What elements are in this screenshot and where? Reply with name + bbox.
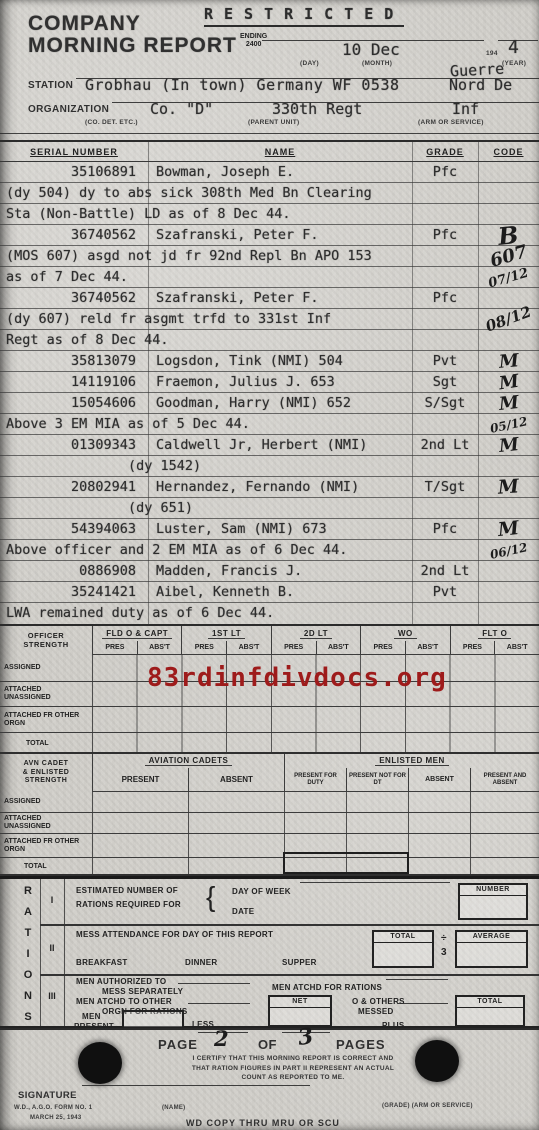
abst-header: ABS'T xyxy=(316,641,361,655)
station-label: STATION xyxy=(28,80,73,91)
soldier-name: Logsdon, Tink (NMI) 504 xyxy=(148,351,412,373)
table-row: Sta (Non-Battle) LD as of 8 Dec 44. xyxy=(0,204,539,225)
table-row: 35813079Logsdon, Tink (NMI) 504PvtM xyxy=(0,351,539,372)
certification-text: I CERTIFY THAT THIS MORNING REPORT IS CO… xyxy=(128,1054,458,1083)
table-row: 14119106Fraemon, Julius J. 653SgtM xyxy=(0,372,539,393)
code-cell: M xyxy=(478,351,539,373)
entry-continuation: (dy 504) dy to abs sick 308th Med Bn Cle… xyxy=(0,183,478,204)
entry-note: Above officer and 2 EM MIA as of 6 Dec 4… xyxy=(0,540,478,562)
year-prefix: 194 xyxy=(486,50,498,57)
organization-label: ORGANIZATION xyxy=(28,104,109,115)
absent-header: ABSENT xyxy=(408,768,470,792)
officer-strength-corner: OFFICER STRENGTH xyxy=(0,626,92,655)
grade-arm-sublabel: (GRADE) (ARM OR SERVICE) xyxy=(382,1103,473,1109)
men-present-box xyxy=(122,1010,184,1029)
table-row: (dy 504) dy to abs sick 308th Med Bn Cle… xyxy=(0,183,539,204)
enlisted-row-attached-fr-other: ATTACHED FR OTHER ORGN xyxy=(0,833,539,857)
table-row: 35106891Bowman, Joseph E.Pfc xyxy=(0,162,539,183)
table-row: (dy 1542) xyxy=(0,456,539,477)
station-overflow-bottom: Nord De xyxy=(449,76,512,94)
rail-divider xyxy=(64,879,65,1026)
table-row: (dy 651) xyxy=(0,498,539,519)
group-header: ENLISTED MEN xyxy=(284,754,539,768)
page-number: 2 xyxy=(214,1026,229,1051)
officer-row-attached-fr-other: ATTACHED FR OTHER ORGN xyxy=(0,706,539,732)
table-row: LWA remained duty as of 6 Dec 44. xyxy=(0,603,539,624)
entry-continuation: Regt as of 8 Dec 44. xyxy=(0,330,478,351)
handwritten-code: M xyxy=(498,350,520,373)
section-numeral-3: III xyxy=(44,991,60,1001)
corner-line: STRENGTH xyxy=(23,641,68,650)
serial-number: 01309343 xyxy=(0,435,148,457)
form-number: W.D., A.G.O. FORM NO. 1 xyxy=(14,1105,92,1111)
table-row: (MOS 607) asgd not jd fr 92nd Repl Bn AP… xyxy=(0,246,539,267)
table-row: 01309343Caldwell Jr, Herbert (NMI)2nd Lt… xyxy=(0,435,539,456)
section-numeral-1: I xyxy=(44,895,60,905)
number-box: NUMBER xyxy=(458,883,528,920)
serial-number: 36740562 xyxy=(0,288,148,309)
rations-rail-letter: R xyxy=(22,885,34,897)
name-sublabel: (NAME) xyxy=(162,1105,185,1111)
code-cell: M xyxy=(478,477,539,499)
pres-header: PRES xyxy=(271,641,316,655)
code-header: CODE xyxy=(478,142,539,162)
handwritten-code: M xyxy=(497,476,519,498)
rail-divider xyxy=(40,879,41,1026)
double-rule xyxy=(0,133,539,134)
corner-line: & ENLISTED xyxy=(23,769,70,778)
entry-continuation: (MOS 607) asgd not jd fr 92nd Repl Bn AP… xyxy=(0,246,478,268)
roster-header-row: SERIAL NUMBER NAME GRADE CODE xyxy=(0,142,539,162)
classification-banner: RESTRICTED xyxy=(204,5,404,27)
men-atchd-for-rations-label: MEN ATCHD FOR RATIONS xyxy=(272,983,382,992)
pres-header: PRES xyxy=(360,641,405,655)
soldier-name: Caldwell Jr, Herbert (NMI) xyxy=(148,435,412,457)
mess-separately-line xyxy=(178,983,250,984)
entry-note: LWA remained duty as of 6 Dec 44. xyxy=(0,603,478,624)
grade: Pfc xyxy=(412,288,478,309)
messed-line xyxy=(398,1003,448,1004)
grade: 2nd Lt xyxy=(412,561,478,582)
handwritten-code: M xyxy=(497,518,520,541)
men-atchd-other-label: MEN ATCHD TO OTHER xyxy=(76,997,172,1006)
present-and-absent-header: PRESENT AND ABSENT xyxy=(470,768,539,792)
grade: Pvt xyxy=(412,351,478,373)
grade: Pvt xyxy=(412,582,478,603)
rations-rail-letter: T xyxy=(22,927,34,939)
grade: Pfc xyxy=(412,162,478,183)
report-title-line2: MORNING REPORT xyxy=(28,34,237,58)
group-header: FLT O xyxy=(450,626,539,641)
table-row: 54394063Luster, Sam (NMI) 673PfcM xyxy=(0,519,539,540)
code-cell xyxy=(478,330,539,351)
grade-header: GRADE xyxy=(412,142,478,162)
month-sublabel: (MONTH) xyxy=(362,60,392,67)
estimated-rations-label-2: RATIONS REQUIRED FOR xyxy=(76,900,181,909)
mess-separately-label: MESS SEPARATELY xyxy=(102,987,183,996)
table-row: Above 3 EM MIA as of 5 Dec 44.05/12 xyxy=(0,414,539,435)
rations-section: R A T I O N S I II III ESTIMATED NUMBER … xyxy=(0,876,539,1028)
rations-rail-letter: N xyxy=(22,990,34,1002)
handwritten-code: M xyxy=(497,434,519,457)
code-cell xyxy=(478,582,539,603)
soldier-name: Goodman, Harry (NMI) 652 xyxy=(148,393,412,415)
code-cell xyxy=(478,162,539,183)
soldier-name: Luster, Sam (NMI) 673 xyxy=(148,519,412,541)
serial-number: 35106891 xyxy=(0,162,148,183)
divide-by-three: 3 xyxy=(441,947,447,958)
officer-strength-header: OFFICER STRENGTH FLD O & CAPT 1ST LT 2D … xyxy=(0,626,539,655)
pages-number: 3 xyxy=(296,1023,315,1051)
entry-note: Above 3 EM MIA as of 5 Dec 44. xyxy=(0,414,478,436)
men-atchd-for-rations-line xyxy=(386,979,448,980)
day-of-week-label: DAY OF WEEK xyxy=(232,887,291,896)
mess-attendance-label: MESS ATTENDANCE FOR DAY OF THIS REPORT xyxy=(76,930,273,939)
enlisted-strength-header: AVN CADET & ENLISTED STRENGTH AVIATION C… xyxy=(0,754,539,792)
net-box: NET xyxy=(268,995,332,1027)
serial-number: 15054606 xyxy=(0,393,148,415)
orgn-for-rations-line xyxy=(188,1003,250,1004)
wd-copy-note: WD COPY THRU MRU OR SCU xyxy=(186,1118,340,1128)
station-value: Grobhau (In town) Germany WF 0538 xyxy=(85,76,400,94)
morning-report-document: RESTRICTED COMPANY MORNING REPORT ENDING… xyxy=(0,0,539,1130)
supper-label: SUPPER xyxy=(282,958,317,967)
serial-number: 14119106 xyxy=(0,372,148,394)
form-date: MARCH 25, 1943 xyxy=(30,1115,82,1121)
corner-line: AVN CADET xyxy=(24,760,69,769)
table-row: (dy 607) reld fr asgmt trfd to 331st Inf… xyxy=(0,309,539,330)
soldier-name: Hernandez, Fernando (NMI) xyxy=(148,477,412,499)
code-cell: 607 xyxy=(478,246,539,268)
section-divider xyxy=(40,974,539,976)
handwritten-code: M xyxy=(497,371,520,395)
serial-number: 20802941 xyxy=(0,477,148,499)
pres-header: PRES xyxy=(92,641,137,655)
of-label: OF xyxy=(258,1037,277,1052)
parent-unit-sublabel: (PARENT UNIT) xyxy=(248,119,299,126)
table-row: 36740562Szafranski, Peter F.Pfc xyxy=(0,288,539,309)
code-cell: 05/12 xyxy=(478,414,539,436)
code-cell xyxy=(478,288,539,309)
punch-hole-left xyxy=(78,1042,122,1084)
table-row: 0886908Madden, Francis J.2nd Lt xyxy=(0,561,539,582)
serial-number: 54394063 xyxy=(0,519,148,541)
grade: T/Sgt xyxy=(412,477,478,499)
organization-company: Co. "D" xyxy=(150,100,213,118)
code-cell: M xyxy=(478,519,539,541)
date-value: 10 Dec xyxy=(342,40,400,59)
group-header: FLD O & CAPT xyxy=(92,626,181,641)
organization-arm: Inf xyxy=(452,100,479,118)
table-row: 36740562Szafranski, Peter F.PfcB xyxy=(0,225,539,246)
signature-label: SIGNATURE xyxy=(18,1090,77,1101)
organization-parent-unit: 330th Regt xyxy=(272,100,362,118)
date-label: DATE xyxy=(232,907,254,916)
abst-header: ABS'T xyxy=(226,641,271,655)
soldier-name: Bowman, Joseph E. xyxy=(148,162,412,183)
soldier-name: Szafranski, Peter F. xyxy=(148,288,412,309)
breakfast-label: BREAKFAST xyxy=(76,958,128,967)
table-row: 15054606Goodman, Harry (NMI) 652S/SgtM xyxy=(0,393,539,414)
day-of-week-line xyxy=(300,882,450,883)
grade: 2nd Lt xyxy=(412,435,478,457)
rations-total-box: TOTAL xyxy=(455,995,525,1027)
cert-line: COUNT AS REPORTED TO ME. xyxy=(242,1074,345,1081)
ending-label: ENDING 2400 xyxy=(240,33,267,49)
roster-table: SERIAL NUMBER NAME GRADE CODE 35106891Bo… xyxy=(0,140,539,626)
entry-continuation: (dy 651) xyxy=(0,498,478,519)
corner-line: STRENGTH xyxy=(25,777,68,786)
ending-word: ENDING xyxy=(240,33,267,40)
dinner-label: DINNER xyxy=(185,958,217,967)
table-row: Above officer and 2 EM MIA as of 6 Dec 4… xyxy=(0,540,539,561)
code-cell xyxy=(478,498,539,519)
entry-continuation: as of 7 Dec 44. xyxy=(0,267,478,289)
table-row: Regt as of 8 Dec 44. xyxy=(0,330,539,351)
year-value: 4 xyxy=(508,37,519,58)
cert-line: THAT RATION FIGURES IN PART II REPRESENT… xyxy=(192,1065,394,1072)
pres-header: PRES xyxy=(450,641,495,655)
rations-rail-letter: A xyxy=(22,906,34,918)
soldier-name: Madden, Francis J. xyxy=(148,561,412,582)
present-for-duty-header: PRESENT FOR DUTY xyxy=(284,768,346,792)
soldier-name: Fraemon, Julius J. 653 xyxy=(148,372,412,394)
avn-cadet-corner: AVN CADET & ENLISTED STRENGTH xyxy=(0,754,92,792)
enlisted-row-attached-unassigned: ATTACHED UNASSIGNED xyxy=(0,812,539,833)
code-cell: 08/12 xyxy=(478,309,539,330)
absent-header: ABSENT xyxy=(188,768,284,792)
group-header: WO xyxy=(360,626,449,641)
pres-header: PRES xyxy=(181,641,226,655)
code-cell: 07/12 xyxy=(478,267,539,289)
soldier-name: Aibel, Kenneth B. xyxy=(148,582,412,603)
divide-sign: ÷ xyxy=(441,933,447,944)
abst-header: ABS'T xyxy=(494,641,539,655)
officer-row-total: TOTAL xyxy=(0,732,539,754)
present-not-for-duty-header: PRESENT NOT FOR DT xyxy=(346,768,408,792)
entry-continuation: (dy 1542) xyxy=(0,456,478,477)
serial-number: 35813079 xyxy=(0,351,148,373)
mess-total-box: TOTAL xyxy=(372,930,434,968)
brace: { xyxy=(206,881,215,913)
grade: Sgt xyxy=(412,372,478,394)
punch-hole-right xyxy=(415,1040,459,1082)
name-header: NAME xyxy=(148,142,412,162)
table-row: 20802941Hernandez, Fernando (NMI)T/SgtM xyxy=(0,477,539,498)
total-emphasis-box xyxy=(283,852,409,874)
year-sublabel: (YEAR) xyxy=(502,60,526,67)
code-cell xyxy=(478,561,539,582)
arm-service-sublabel: (ARM OR SERVICE) xyxy=(418,119,484,126)
code-cell: M xyxy=(478,435,539,457)
group-header: 1ST LT xyxy=(181,626,270,641)
average-box: AVERAGE xyxy=(455,930,528,968)
code-cell: M xyxy=(478,393,539,415)
company-sublabel: (CO. DET. ETC.) xyxy=(85,119,138,126)
enlisted-strength-table: AVN CADET & ENLISTED STRENGTH AVIATION C… xyxy=(0,754,539,876)
o-and-others-label: O & OTHERS xyxy=(352,997,405,1006)
code-cell: M xyxy=(478,372,539,394)
present-header: PRESENT xyxy=(92,768,188,792)
code-cell xyxy=(478,456,539,477)
estimated-rations-label-1: ESTIMATED NUMBER OF xyxy=(76,886,178,895)
watermark: 83rdinfdivdocs.org xyxy=(147,663,447,693)
cert-line: I CERTIFY THAT THIS MORNING REPORT IS CO… xyxy=(193,1055,394,1062)
group-header: 2D LT xyxy=(271,626,360,641)
code-cell xyxy=(478,183,539,204)
ending-time: 2400 xyxy=(246,41,262,48)
table-row: 35241421Aibel, Kenneth B.Pvt xyxy=(0,582,539,603)
rations-rail-letter: I xyxy=(22,948,34,960)
serial-number: 35241421 xyxy=(0,582,148,603)
signature-line xyxy=(82,1085,310,1086)
serial-number: 0886908 xyxy=(0,561,148,582)
entry-continuation: Sta (Non-Battle) LD as of 8 Dec 44. xyxy=(0,204,478,225)
handwritten-code: M xyxy=(497,392,519,415)
section-numeral-2: II xyxy=(44,943,60,953)
enlisted-row-assigned: ASSIGNED xyxy=(0,792,539,812)
group-header: AVIATION CADETS xyxy=(92,754,284,768)
section-divider xyxy=(40,924,539,926)
men-label: MEN xyxy=(82,1012,101,1021)
abst-header: ABS'T xyxy=(137,641,182,655)
rations-rail-letter: O xyxy=(22,969,34,981)
grade: Pfc xyxy=(412,519,478,541)
code-cell: 06/12 xyxy=(478,540,539,562)
abst-header: ABS'T xyxy=(405,641,450,655)
entry-continuation: (dy 607) reld fr asgmt trfd to 331st Inf xyxy=(0,309,478,330)
enlisted-row-total: TOTAL xyxy=(0,857,539,876)
page-label: PAGE xyxy=(158,1037,198,1052)
footer-section: PAGE 2 OF 3 PAGES I CERTIFY THAT THIS MO… xyxy=(0,1028,539,1130)
messed-label: MESSED xyxy=(358,1007,394,1016)
table-row: as of 7 Dec 44.07/12 xyxy=(0,267,539,288)
pages-label: PAGES xyxy=(336,1037,386,1052)
day-sublabel: (DAY) xyxy=(300,60,319,67)
grade: S/Sgt xyxy=(412,393,478,415)
report-title-line1: COMPANY xyxy=(28,12,141,36)
serial-number-header: SERIAL NUMBER xyxy=(0,142,148,162)
code-cell xyxy=(478,603,539,624)
men-authorized-label: MEN AUTHORIZED TO xyxy=(76,977,166,986)
rations-rail-letter: S xyxy=(22,1011,34,1023)
